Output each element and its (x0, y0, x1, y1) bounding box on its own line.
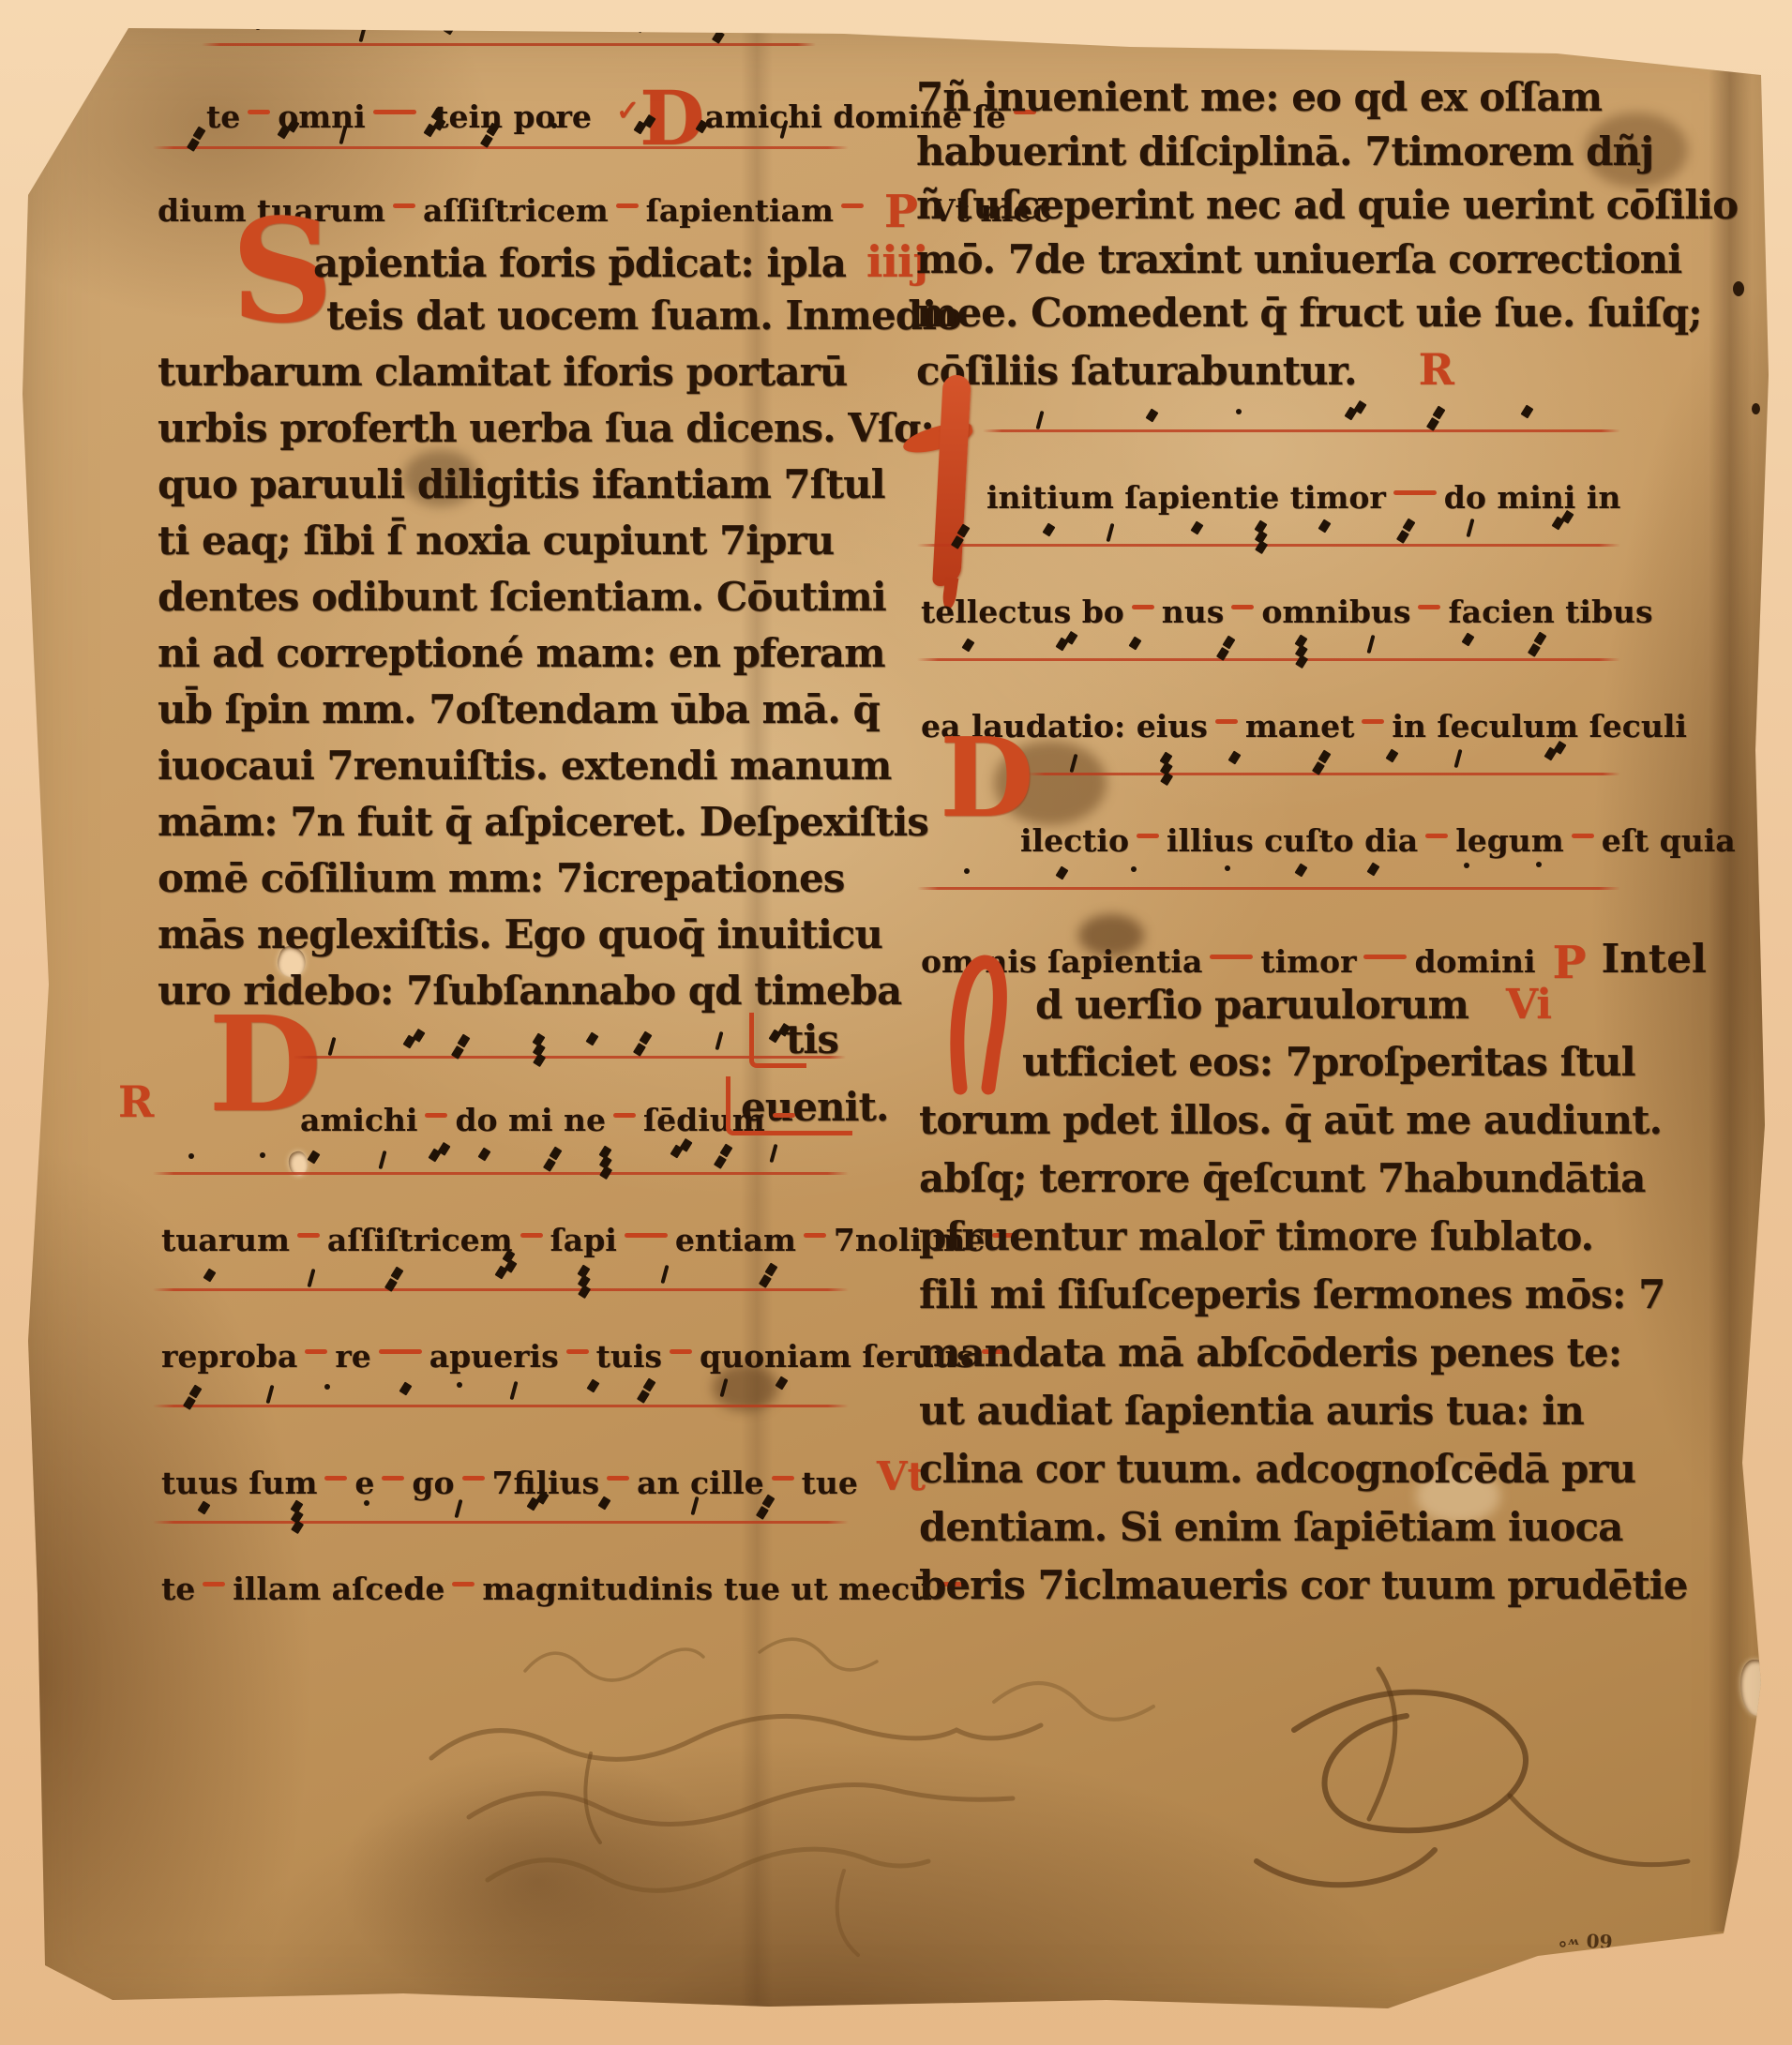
photo-vignette (0, 0, 1792, 2045)
ink-speck (1671, 36, 1684, 45)
neume-mark (450, 6, 463, 20)
neume-mark (551, 22, 557, 27)
shelfmark-capsa: Capsa 447 (1516, 1955, 1653, 1987)
neume-mark (641, 5, 650, 23)
neume-mark (634, 20, 647, 34)
manuscript-photo: teomni tein pore✓Damichi domine ſedium t… (0, 0, 1792, 2045)
parchment-leaf: teomni tein pore✓Damichi domine ſedium t… (0, 0, 1792, 2045)
neume-mark (718, 19, 731, 33)
ink-speck (1695, 58, 1705, 66)
